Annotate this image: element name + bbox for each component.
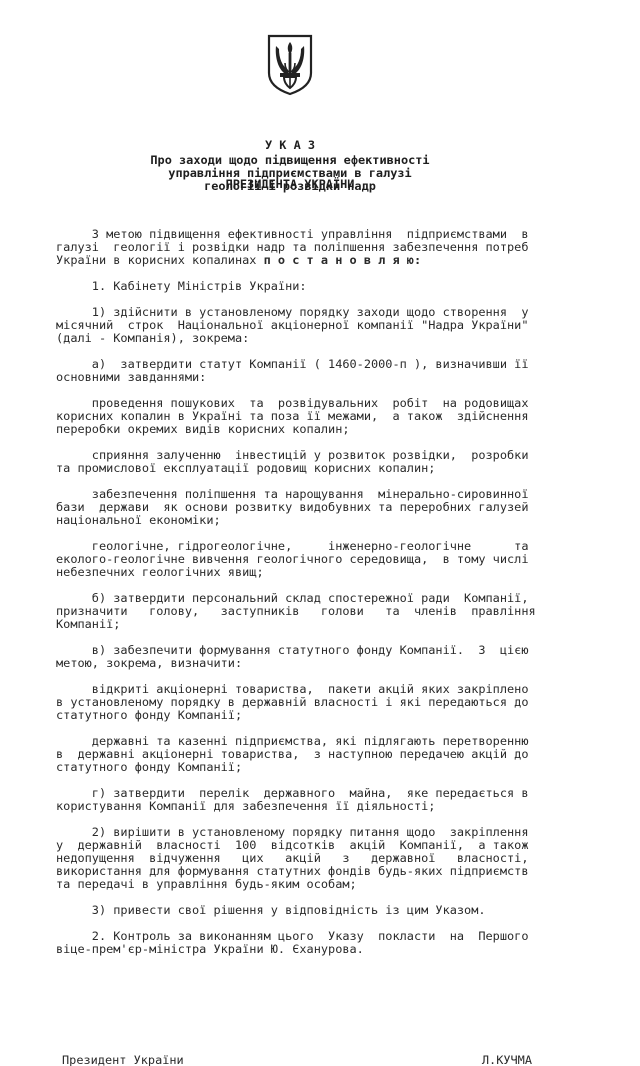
signature-name: Л.КУЧМА bbox=[482, 1054, 532, 1066]
signature-title: Президент України bbox=[62, 1054, 184, 1066]
decree-subject: Про заходи щодо підвищення ефективності … bbox=[0, 154, 580, 193]
preamble-keyword: п о с т а н о в л я ю: bbox=[264, 253, 422, 267]
preamble: З метою підвищення ефективності управлін… bbox=[56, 228, 531, 267]
paragraph: 1) здійснити в установленому порядку зах… bbox=[56, 306, 531, 345]
paragraph: 2. Контроль за виконанням цього Указу по… bbox=[56, 930, 531, 956]
paragraph: відкриті акціонерні товариства, пакети а… bbox=[56, 683, 531, 722]
paragraph: геологічне, гідрогеологічне, інженерно-г… bbox=[56, 540, 531, 579]
paragraph: б) затвердити персональний склад спостер… bbox=[56, 592, 531, 631]
paragraph: г) затвердити перелік державного майна, … bbox=[56, 787, 531, 813]
paragraph: в) забезпечити формування статутного фон… bbox=[56, 644, 531, 670]
decree-title: У К А З bbox=[0, 139, 580, 152]
decree-body: З метою підвищення ефективності управлін… bbox=[56, 228, 531, 969]
paragraph: а) затвердити статут Компанії ( 1460-200… bbox=[56, 358, 531, 384]
paragraph: державні та казенні підприємства, які пі… bbox=[56, 735, 531, 774]
paragraph: 2) вирішити в установленому порядку пита… bbox=[56, 826, 531, 891]
paragraph: 3) привести свої рішення у відповідність… bbox=[56, 904, 531, 917]
paragraph: забезпечення поліпшення та нарощування м… bbox=[56, 488, 531, 527]
paragraph: 1. Кабінету Міністрів України: bbox=[56, 280, 531, 293]
paragraph: проведення пошукових та розвідувальних р… bbox=[56, 397, 531, 436]
document-page: У К А З ПРЕЗИДЕНТА УКРАЇНИ Про заходи що… bbox=[0, 0, 640, 1066]
paragraph: сприяння залученню інвестицій у розвиток… bbox=[56, 449, 531, 475]
trident-emblem-icon bbox=[265, 33, 315, 97]
